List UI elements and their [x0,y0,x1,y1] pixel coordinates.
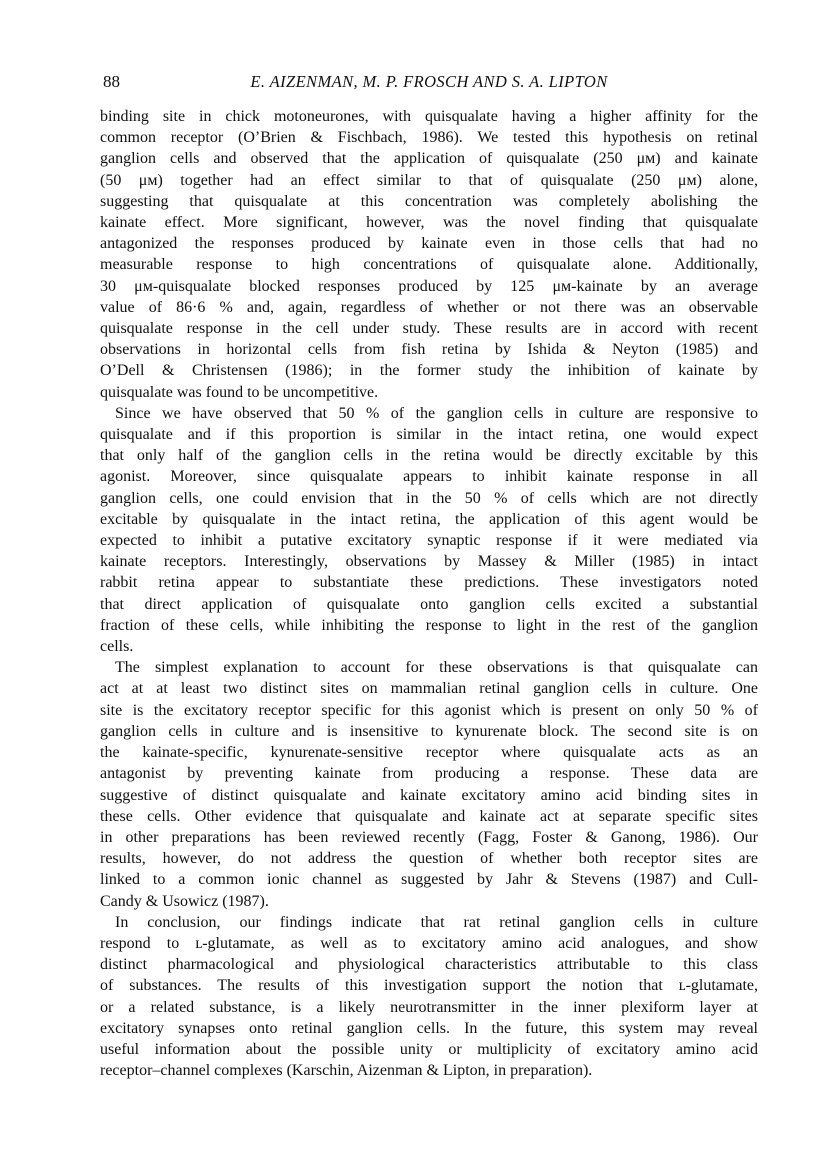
text-line: antagonized the responses produced by ka… [100,233,758,254]
text-line: useful information about the possible un… [100,1039,758,1060]
text-line: distinct pharmacological and physiologic… [100,954,758,975]
text-line: excitable by quisqualate in the intact r… [100,509,758,530]
text-line: excitatory synapses onto retinal ganglio… [100,1018,758,1039]
text-line: quisqualate was found to be uncompetitiv… [100,382,758,403]
text-line: kainate effect. More significant, howeve… [100,212,758,233]
text-line: Candy & Usowicz (1987). [100,891,758,912]
paragraph: Since we have observed that 50 % of the … [100,403,758,657]
text-line: that only half of the ganglion cells in … [100,445,758,466]
text-line: results, however, do not address the que… [100,848,758,869]
text-line: rabbit retina appear to substantiate the… [100,572,758,593]
paragraph: binding site in chick motoneurones, with… [100,106,758,403]
text-line: Since we have observed that 50 % of the … [100,403,758,424]
text-line: agonist. Moreover, since quisqualate app… [100,466,758,487]
text-line: these cells. Other evidence that quisqua… [100,806,758,827]
text-line: that direct application of quisqualate o… [100,594,758,615]
text-line: binding site in chick motoneurones, with… [100,106,758,127]
page-header: 88 E. AIZENMAN, M. P. FROSCH AND S. A. L… [100,72,758,94]
text-line: quisqualate response in the cell under s… [100,318,758,339]
text-line: In conclusion, our findings indicate tha… [100,912,758,933]
text-line: suggestive of distinct quisqualate and k… [100,785,758,806]
article-body: binding site in chick motoneurones, with… [100,106,758,1081]
paragraph: The simplest explanation to account for … [100,657,758,911]
text-line: linked to a common ionic channel as sugg… [100,869,758,890]
text-line: The simplest explanation to account for … [100,657,758,678]
text-line: measurable response to high concentratio… [100,254,758,275]
text-line: quisqualate and if this proportion is si… [100,424,758,445]
text-line: suggesting that quisqualate at this conc… [100,191,758,212]
text-line: 30 μᴍ-quisqualate blocked responses prod… [100,276,758,297]
text-line: (50 μᴍ) together had an effect similar t… [100,170,758,191]
text-line: observations in horizontal cells from fi… [100,339,758,360]
text-line: site is the excitatory receptor specific… [100,700,758,721]
text-line: ganglion cells in culture and is insensi… [100,721,758,742]
text-line: act at at least two distinct sites on ma… [100,678,758,699]
text-line: or a related substance, is a likely neur… [100,997,758,1018]
running-title: E. AIZENMAN, M. P. FROSCH AND S. A. LIPT… [100,72,758,92]
text-line: the kainate-specific, kynurenate-sensiti… [100,742,758,763]
text-line: of substances. The results of this inves… [100,975,758,996]
text-line: receptor–channel complexes (Karschin, Ai… [100,1060,758,1081]
paragraph: In conclusion, our findings indicate tha… [100,912,758,1082]
text-line: expected to inhibit a putative excitator… [100,530,758,551]
text-line: kainate receptors. Interestingly, observ… [100,551,758,572]
text-line: in other preparations has been reviewed … [100,827,758,848]
text-line: common receptor (O’Brien & Fischbach, 19… [100,127,758,148]
text-line: fraction of these cells, while inhibitin… [100,615,758,636]
text-line: antagonist by preventing kainate from pr… [100,763,758,784]
text-line: ganglion cells, one could envision that … [100,488,758,509]
text-line: value of 86·6 % and, again, regardless o… [100,297,758,318]
text-line: ganglion cells and observed that the app… [100,148,758,169]
journal-page: 88 E. AIZENMAN, M. P. FROSCH AND S. A. L… [0,0,816,1173]
text-line: O’Dell & Christensen (1986); in the form… [100,360,758,381]
text-line: respond to ʟ-glutamate, as well as to ex… [100,933,758,954]
text-line: cells. [100,636,758,657]
